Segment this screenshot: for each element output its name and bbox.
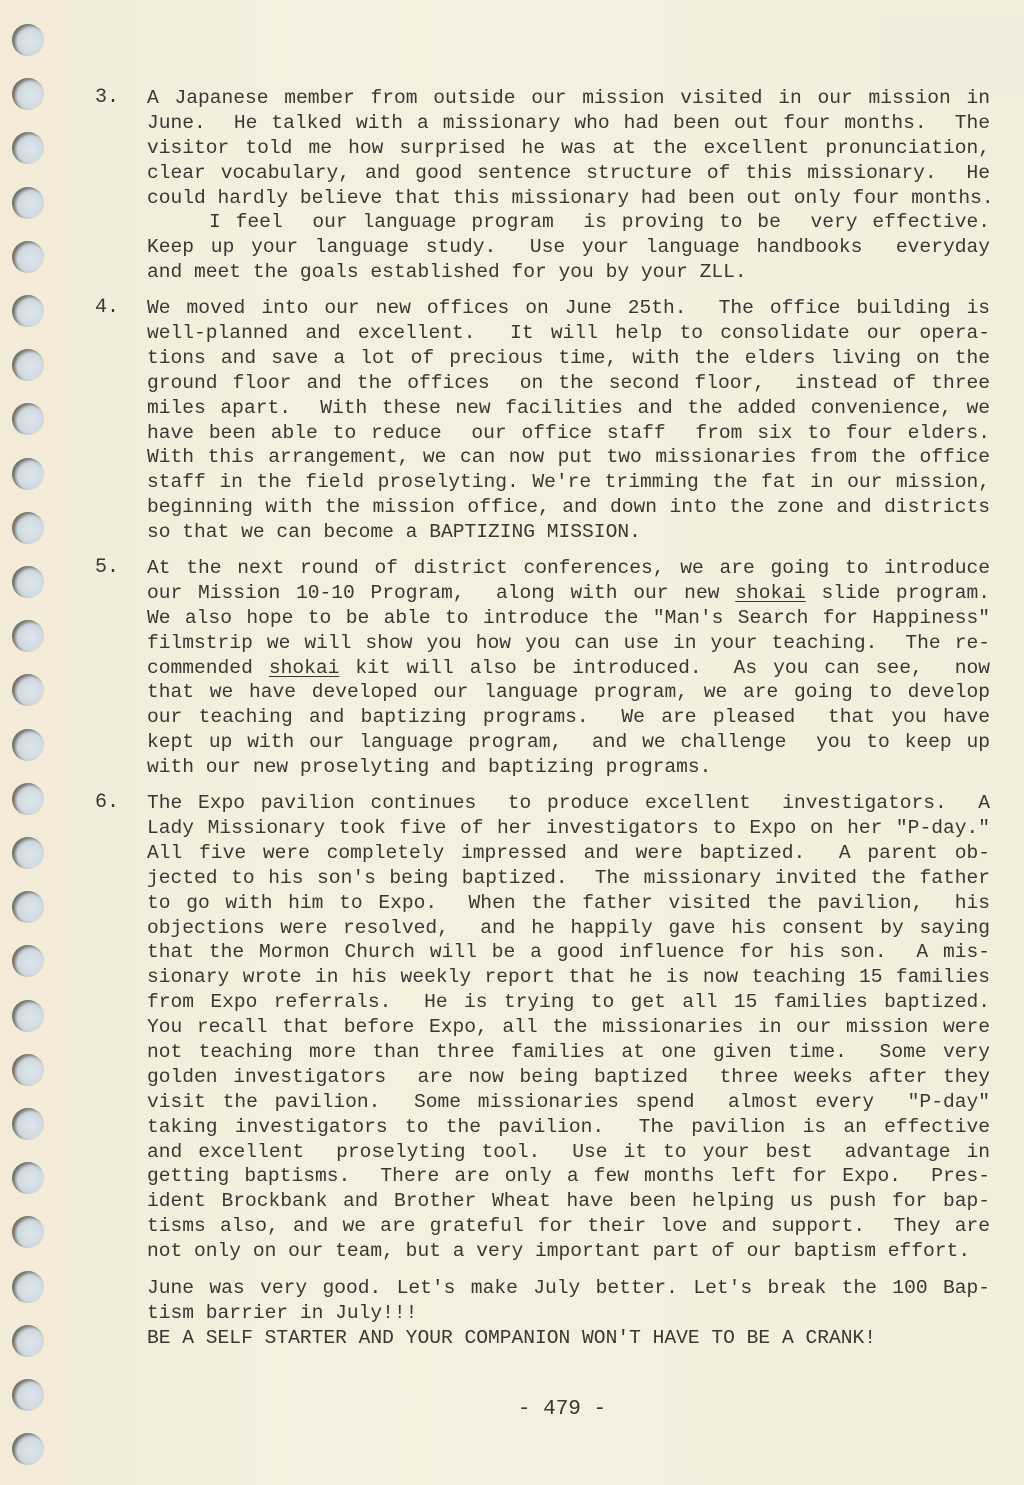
text-line: kept up with our language program, and w… bbox=[147, 730, 990, 755]
text-line: Keep up your language study. Use your la… bbox=[147, 235, 990, 260]
binder-hole bbox=[12, 674, 44, 706]
paragraph-number: 4. bbox=[95, 296, 119, 319]
text-line: A Japanese member from outside our missi… bbox=[147, 86, 990, 111]
text-line: ident Brockbank and Brother Wheat have b… bbox=[147, 1189, 990, 1214]
text-line: so that we can become a BAPTIZING MISSIO… bbox=[147, 520, 990, 545]
text-line: staff in the field proselyting. We're tr… bbox=[147, 470, 990, 495]
underlined-term: shokai bbox=[735, 582, 806, 604]
text-line: June was very good. Let's make July bett… bbox=[147, 1276, 990, 1301]
text-line: jected to his son's being baptized. The … bbox=[147, 866, 990, 891]
text-line: tism barrier in July!!! bbox=[147, 1301, 990, 1326]
numbered-paragraph: 4.We moved into our new offices on June … bbox=[95, 296, 990, 545]
bleed-through-area bbox=[880, 20, 1024, 90]
binder-hole bbox=[12, 566, 44, 598]
binder-hole bbox=[12, 783, 44, 815]
numbered-paragraph: 5.At the next round of district conferen… bbox=[95, 556, 990, 780]
text-line: from Expo referrals. He is trying to get… bbox=[147, 990, 990, 1015]
text-line: We moved into our new offices on June 25… bbox=[147, 296, 990, 321]
binder-hole bbox=[12, 78, 44, 110]
binder-hole bbox=[12, 1433, 44, 1465]
text-line: tisms also, and we are grateful for thei… bbox=[147, 1214, 990, 1239]
binder-hole bbox=[12, 1162, 44, 1194]
text-line: visitor told me how surprised he was at … bbox=[147, 136, 990, 161]
paragraph-number: 6. bbox=[95, 791, 119, 814]
text-line: Lady Missionary took five of her investi… bbox=[147, 816, 990, 841]
binder-hole bbox=[12, 1000, 44, 1032]
text-line: objections were resolved, and he happily… bbox=[147, 916, 990, 941]
text-line: taking investigators to the pavilion. Th… bbox=[147, 1115, 990, 1140]
binder-hole bbox=[12, 1216, 44, 1248]
text-line: our Mission 10-10 Program, along with ou… bbox=[147, 581, 990, 606]
text-line: With this arrangement, we can now put tw… bbox=[147, 445, 990, 470]
text-line: miles apart. With these new facilities a… bbox=[147, 396, 990, 421]
binder-hole bbox=[12, 1108, 44, 1140]
binder-hole bbox=[12, 945, 44, 977]
text-line: BE A SELF STARTER AND YOUR COMPANION WON… bbox=[147, 1326, 990, 1351]
text-line: getting baptisms. There are only a few m… bbox=[147, 1164, 990, 1189]
text-line: could hardly believe that this missionar… bbox=[147, 186, 990, 211]
document-page: 3.A Japanese member from outside our mis… bbox=[0, 0, 1024, 1485]
text-line: have been able to reduce our office staf… bbox=[147, 421, 990, 446]
closing-remarks: June was very good. Let's make July bett… bbox=[147, 1276, 990, 1351]
binder-hole bbox=[12, 729, 44, 761]
text-line: We also hope to be able to introduce the… bbox=[147, 606, 990, 631]
binder-hole bbox=[12, 1054, 44, 1086]
paragraph-number: 5. bbox=[95, 556, 119, 579]
binder-holes bbox=[0, 0, 60, 1485]
binder-hole bbox=[12, 512, 44, 544]
text-line: June. He talked with a missionary who ha… bbox=[147, 111, 990, 136]
text-line: our teaching and baptizing programs. We … bbox=[147, 705, 990, 730]
text-line: and excellent proselyting tool. Use it t… bbox=[147, 1140, 990, 1165]
numbered-paragraph: 3.A Japanese member from outside our mis… bbox=[95, 86, 990, 285]
text-line: commended shokai kit will also be introd… bbox=[147, 656, 990, 681]
letter-body: 3.A Japanese member from outside our mis… bbox=[95, 86, 990, 1351]
text-line: not teaching more than three families at… bbox=[147, 1040, 990, 1065]
text-line: to go with him to Expo. When the father … bbox=[147, 891, 990, 916]
text-line: sionary wrote in his weekly report that … bbox=[147, 965, 990, 990]
text-line: clear vocabulary, and good sentence stru… bbox=[147, 161, 990, 186]
binder-hole bbox=[12, 187, 44, 219]
text-line: At the next round of district conference… bbox=[147, 556, 990, 581]
text-line: visit the pavilion. Some missionaries sp… bbox=[147, 1090, 990, 1115]
text-line: that the Mormon Church will be a good in… bbox=[147, 940, 990, 965]
text-line: and meet the goals established for you b… bbox=[147, 260, 990, 285]
text-line: that we have developed our language prog… bbox=[147, 680, 990, 705]
binder-hole bbox=[12, 403, 44, 435]
binder-hole bbox=[12, 132, 44, 164]
binder-hole bbox=[12, 837, 44, 869]
text-line: golden investigators are now being bapti… bbox=[147, 1065, 990, 1090]
text-line: ground floor and the offices on the seco… bbox=[147, 371, 990, 396]
text-line: filmstrip we will show you how you can u… bbox=[147, 631, 990, 656]
binder-hole bbox=[12, 620, 44, 652]
binder-hole bbox=[12, 1271, 44, 1303]
underlined-term: shokai bbox=[269, 657, 340, 679]
page-number: - 479 - bbox=[0, 1398, 1024, 1421]
text-line: You recall that before Expo, all the mis… bbox=[147, 1015, 990, 1040]
text-line: not only on our team, but a very importa… bbox=[147, 1239, 990, 1264]
binder-hole bbox=[12, 295, 44, 327]
text-line: I feel our language program is proving t… bbox=[147, 210, 990, 235]
text-line: well-planned and excellent. It will help… bbox=[147, 321, 990, 346]
text-line: The Expo pavilion continues to produce e… bbox=[147, 791, 990, 816]
binder-hole bbox=[12, 891, 44, 923]
binder-hole bbox=[12, 349, 44, 381]
paragraph-number: 3. bbox=[95, 86, 119, 109]
binder-hole bbox=[12, 24, 44, 56]
text-line: tions and save a lot of precious time, w… bbox=[147, 346, 990, 371]
binder-hole bbox=[12, 1325, 44, 1357]
numbered-paragraph: 6.The Expo pavilion continues to produce… bbox=[95, 791, 990, 1264]
text-line: All five were completely impressed and w… bbox=[147, 841, 990, 866]
binder-hole bbox=[12, 241, 44, 273]
text-line: beginning with the mission office, and d… bbox=[147, 495, 990, 520]
binder-hole bbox=[12, 458, 44, 490]
text-line: with our new proselyting and baptizing p… bbox=[147, 755, 990, 780]
